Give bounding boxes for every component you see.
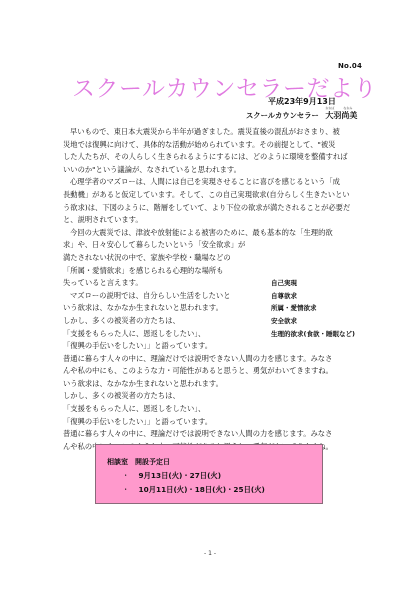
pyramid-row: 「支援をもらった人に、恩返しをしたい」、 生理的欲求(食欲・睡眠など): [63, 328, 383, 341]
pyramid-label-physiological: 生理的欲求(食欲・睡眠など): [271, 328, 383, 341]
author-ruby-family: おおば: [325, 106, 334, 110]
author-name-wrap: おおば なおみ 大羽尚美: [325, 111, 357, 120]
schedule-item: ・ 10月11日(火)・18日(火)・25日(火): [122, 485, 265, 495]
body-line: 今回の大震災では、津波や放射能による被害のために、最も基本的な「生理的欲: [63, 227, 383, 240]
body-line: 普通に暮らす人々の中に、理論だけでは説明できない人間の力を感じます。みなさ: [63, 428, 383, 441]
body-line: した人たちが、その人らしく生きられるようにするには、どのように環境を整備すれば: [63, 151, 383, 164]
author-role: スクールカウンセラー: [246, 111, 319, 120]
body-line: 早いもので、東日本大震災から半年が過ぎました。震災直後の混乱がおさまり、被: [63, 126, 383, 139]
schedule-title: 相談室 開設予定日: [107, 457, 170, 467]
body-line: いう欲求は、なかなか生まれないと思われます。: [63, 378, 383, 391]
schedule-item-text: 9月13日(火)・27日(火): [139, 471, 222, 480]
issue-number: No.04: [338, 62, 362, 70]
body-line: 心理学者のマズローは、人間には自己を実現させることに喜びを感じるという「成: [63, 176, 383, 189]
body-line: 「所属・愛情欲求」を感じられる心理的な場所も: [63, 265, 383, 278]
body-line: と、説明されています。: [63, 214, 383, 227]
body-line: 「支援をもらった人に、恩返しをしたい」、: [63, 328, 205, 341]
pyramid-row: しかし、多くの被災者の方たちは、 安全欲求: [63, 315, 383, 328]
body-line: んや私の中にも、このような力・可能性があると思うと、勇気がわいてきますね。: [63, 365, 383, 378]
body-line: 満たされない状況の中で、家族や学校・職場などの: [63, 252, 383, 265]
body-line: 「支援をもらった人に、恩返しをしたい」、: [63, 403, 383, 416]
body-line: 失っていると言えます。: [63, 277, 143, 290]
body-line: いいのか"という議論が、なされていると思われます。: [63, 164, 383, 177]
body-line: 「復興の手伝いをしたい」」と語っています。: [63, 340, 383, 353]
body-line: 長動機」があると仮定しています。そして、この自己実現欲求(自分らしく生きたいとい: [63, 189, 383, 202]
pyramid-label-esteem: 自尊欲求: [271, 290, 383, 303]
pyramid-label-self-actualization: 自己実現: [271, 277, 383, 290]
body-line: 災地では復興に向けて、具体的な活動が始められています。その前提として、"被災: [63, 139, 383, 152]
pyramid-row: 失っていると言えます。 自己実現: [63, 277, 383, 290]
schedule-item-text: 10月11日(火)・18日(火)・25日(火): [139, 485, 265, 494]
pyramid-row: マズローの説明では、自分らしい生活をしたいと 自尊欲求: [63, 290, 383, 303]
schedule-item: ・ 9月13日(火)・27日(火): [122, 471, 221, 481]
author-name: 大羽尚美: [325, 111, 357, 120]
body-line: いう欲求は、なかなか生まれないと思われます。: [63, 302, 223, 315]
pyramid-row: いう欲求は、なかなか生まれないと思われます。 所属・愛情欲求: [63, 302, 383, 315]
bullet-icon: ・: [122, 485, 136, 495]
body-line: しかし、多くの被災者の方たちは、: [63, 390, 383, 403]
page-number: - 1 -: [0, 550, 420, 557]
schedule-box: 相談室 開設予定日 ・ 9月13日(火)・27日(火) ・ 10月11日(火)・…: [95, 444, 323, 504]
bullet-icon: ・: [122, 471, 136, 481]
body-line: 普通に暮らす人々の中に、理論だけでは説明できない人間の力を感じます。みなさ: [63, 353, 383, 366]
body-line: マズローの説明では、自分らしい生活をしたいと: [63, 290, 231, 303]
body-line: う欲求)は、下図のように、階層をしていて、より下位の欲求が満たされることが必要だ: [63, 202, 383, 215]
pyramid-label-belonging: 所属・愛情欲求: [271, 302, 383, 315]
article-body: 早いもので、東日本大震災から半年が過ぎました。震災直後の混乱がおさまり、被 災地…: [63, 126, 383, 453]
pyramid-label-safety: 安全欲求: [271, 315, 383, 328]
body-line: 「復興の手伝いをしたい」」と語っています。: [63, 416, 383, 429]
author-ruby-given: なおみ: [343, 106, 352, 110]
body-line: しかし、多くの被災者の方たちは、: [63, 315, 180, 328]
author-line: スクールカウンセラー おおば なおみ 大羽尚美: [246, 110, 357, 121]
body-line: 求」や、日々安心して暮らしたいという「安全欲求」が: [63, 239, 383, 252]
